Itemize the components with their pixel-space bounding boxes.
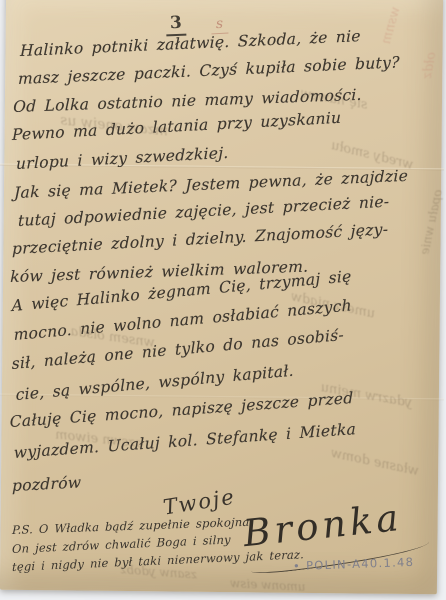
page-number-secondary-mark: s	[211, 16, 229, 35]
scanned-letter-page: mzaw oneiw ussię nawzwwredy smołuopału w…	[0, 0, 446, 600]
letter-line: pozdrów	[12, 473, 81, 495]
page-number: 3	[166, 13, 187, 37]
